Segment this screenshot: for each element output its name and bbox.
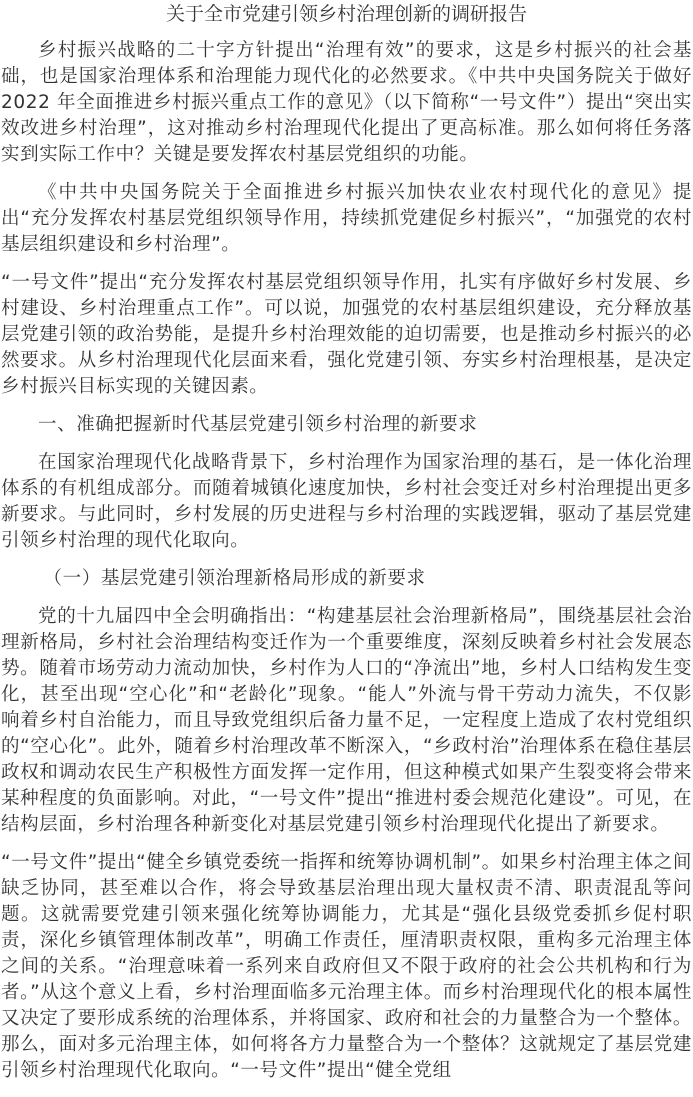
paragraph-new-pattern: 党的十九届四中全会明确指出：“构建基层社会治理新格局”，围绕基层社会治理新格局，… [1,604,692,838]
section-heading-1: 一、准确把握新时代基层党建引领乡村治理的新要求 [1,412,692,438]
paragraph-intro: 乡村振兴战略的二十字方针提出“治理有效”的要求，这是乡村振兴的社会基础，也是国家… [1,38,692,168]
document-title: 关于全市党建引领乡村治理创新的调研报告 [1,1,692,27]
paragraph-central-opinion: 《中共中央国务院关于全面推进乡村振兴加快农业农村现代化的意见》提出“充分发挥农村… [1,180,692,258]
paragraph-document-one: “一号文件”提出“充分发挥农村基层党组织领导作用，扎实有序做好乡村发展、乡村建设… [1,270,692,400]
subsection-heading-1: （一）基层党建引领治理新格局形成的新要求 [1,566,692,592]
paragraph-coordination: “一号文件”提出“健全乡镇党委统一指挥和统筹协调机制”。如果乡村治理主体之间缺乏… [1,850,692,1084]
paragraph-modernization: 在国家治理现代化战略背景下，乡村治理作为国家治理的基石，是一体化治理体系的有机组… [1,450,692,554]
document: 关于全市党建引领乡村治理创新的调研报告 乡村振兴战略的二十字方针提出“治理有效”… [0,1,693,1084]
